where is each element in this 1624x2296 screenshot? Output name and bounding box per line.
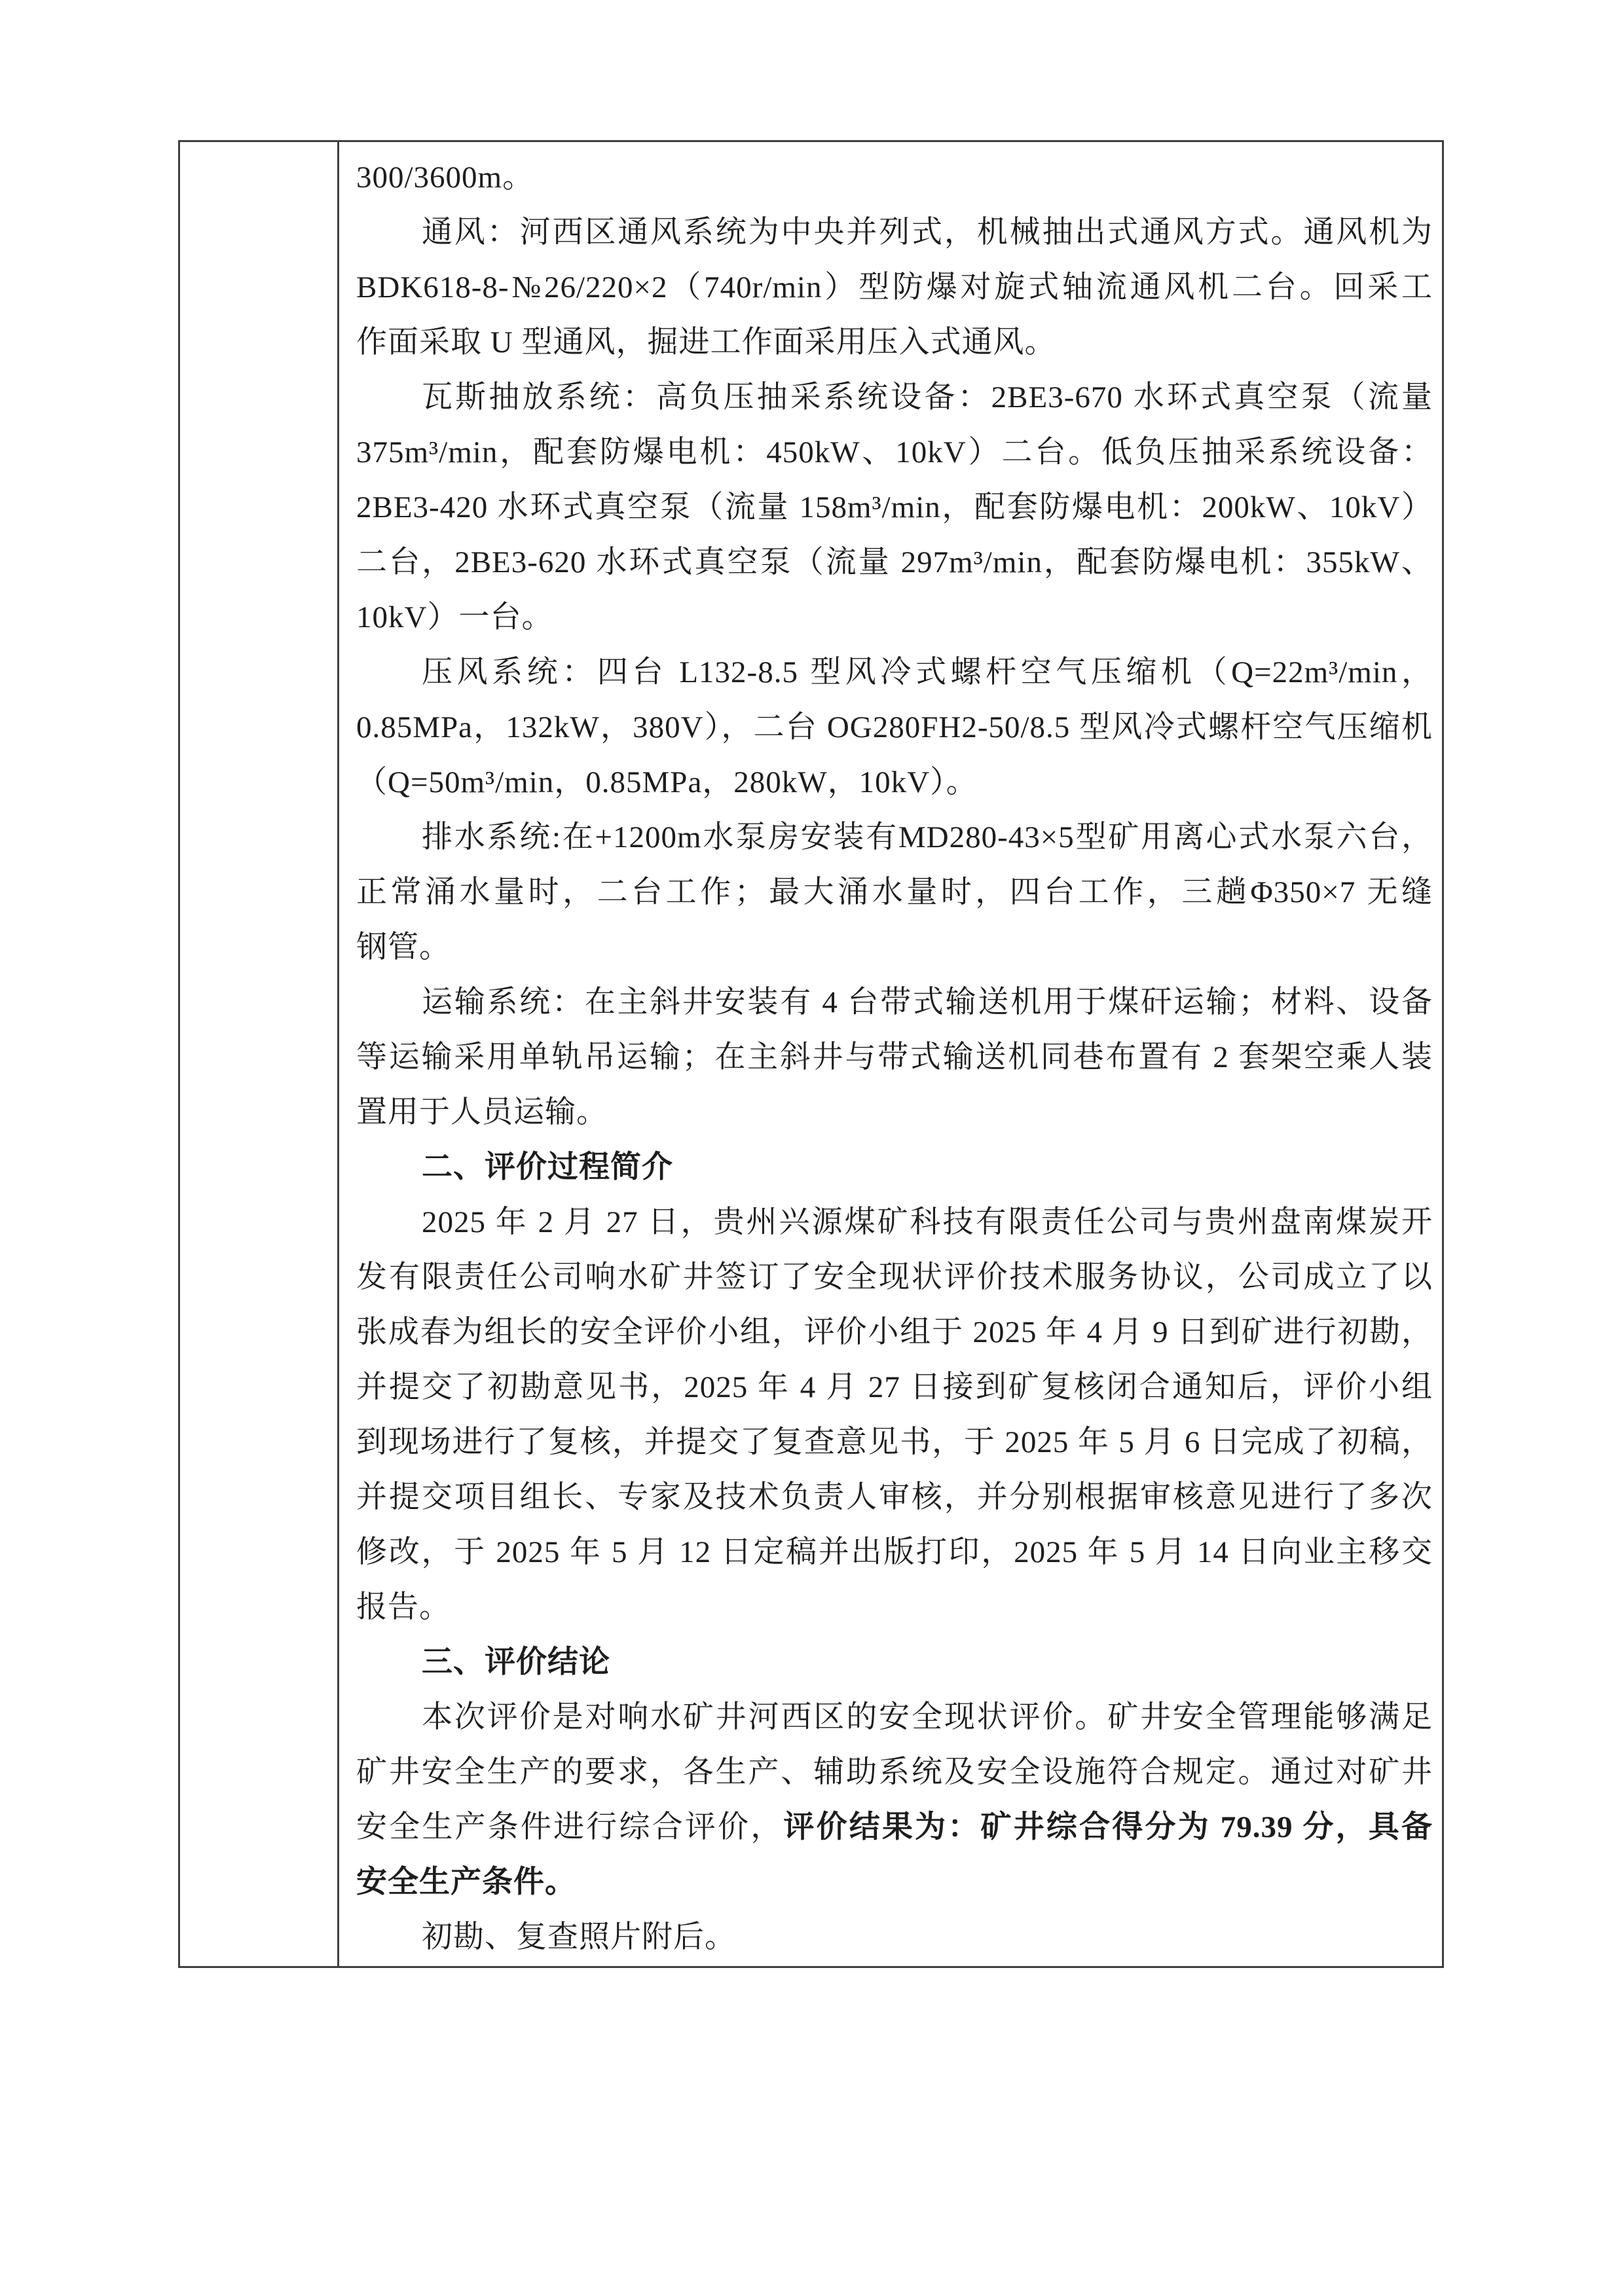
text-line: 压风系统：四台 L132-8.5 型风冷式螺杆空气压缩机（Q=22m³/min， (356, 645, 1433, 700)
text-segment: 300/3600m。 (356, 160, 534, 194)
text-segment: 钢管。 (356, 930, 451, 964)
text-line: 等运输采用单轨吊运输；在主斜井与带式输送机同巷布置有 2 套架空乘人装 (356, 1030, 1433, 1085)
scanned-document-page: { "page": { "background_color": "#ffffff… (0, 0, 1624, 2296)
text-segment: 修改，于 2025 年 5 月 12 日定稿并出版打印，2025 年 5 月 1… (356, 1535, 1433, 1569)
text-line: 10kV）一台。 (356, 590, 1433, 645)
text-line: 正常涌水量时，二台工作；最大涌水量时，四台工作，三趟Φ350×7 无缝 (356, 865, 1433, 920)
text-segment: 安全生产条件进行综合评价， (356, 1810, 783, 1844)
text-segment: BDK618-8-№26/220×2（740r/min）型防爆对旋式轴流通风机二… (356, 270, 1433, 304)
text-line: 2BE3-420 水环式真空泵（流量 158m³/min，配套防爆电机：200k… (356, 480, 1433, 535)
text-line: 作面采取 U 型通风，掘进工作面采用压入式通风。 (356, 315, 1433, 370)
text-segment: 正常涌水量时，二台工作；最大涌水量时，四台工作，三趟Φ350×7 无缝 (356, 875, 1433, 909)
table-left-cell (180, 142, 337, 1966)
text-line: 安全生产条件。 (356, 1855, 1433, 1910)
text-segment: （Q=50m³/min，0.85MPa，280kW，10kV）。 (356, 765, 978, 799)
text-line: 到现场进行了复核，并提交了复查意见书，于 2025 年 5 月 6 日完成了初稿… (356, 1415, 1433, 1470)
text-line: 0.85MPa，132kW，380V），二台 OG280FH2-50/8.5 型… (356, 700, 1433, 755)
text-segment: 通风：河西区通风系统为中央并列式，机械抽出式通风方式。通风机为 (422, 215, 1433, 249)
text-line: 置用于人员运输。 (356, 1085, 1433, 1140)
text-segment: 评价结果为：矿井综合得分为 79.39 分，具备 (783, 1810, 1433, 1844)
text-line: 发有限责任公司响水矿井签订了安全现状评价技术服务协议，公司成立了以 (356, 1250, 1433, 1305)
text-segment: 本次评价是对响水矿井河西区的安全现状评价。矿井安全管理能够满足 (422, 1700, 1433, 1734)
text-segment: 2025 年 2 月 27 日，贵州兴源煤矿科技有限责任公司与贵州盘南煤炭开 (422, 1205, 1433, 1239)
text-segment: 二、评价过程简介 (422, 1150, 673, 1184)
text-segment: 到现场进行了复核，并提交了复查意见书，于 2025 年 5 月 6 日完成了初稿… (356, 1425, 1433, 1459)
text-segment: 并提交项目组长、专家及技术负责人审核，并分别根据审核意见进行了多次 (356, 1480, 1433, 1514)
text-line: 安全生产条件进行综合评价，评价结果为：矿井综合得分为 79.39 分，具备 (356, 1800, 1433, 1855)
text-line: BDK618-8-№26/220×2（740r/min）型防爆对旋式轴流通风机二… (356, 260, 1433, 315)
text-line: 张成春为组长的安全评价小组，评价小组于 2025 年 4 月 9 日到矿进行初勘… (356, 1305, 1433, 1360)
text-line: 并提交项目组长、专家及技术负责人审核，并分别根据审核意见进行了多次 (356, 1470, 1433, 1525)
text-segment: 375m³/min，配套防爆电机：450kW、10kV）二台。低负压抽采系统设备… (356, 435, 1433, 469)
text-segment: 等运输采用单轨吊运输；在主斜井与带式输送机同巷布置有 2 套架空乘人装 (356, 1040, 1433, 1074)
text-segment: 初勘、复查照片附后。 (422, 1920, 736, 1954)
text-line: 报告。 (356, 1580, 1433, 1635)
text-segment: 压风系统：四台 L132-8.5 型风冷式螺杆空气压缩机（Q=22m³/min， (422, 655, 1433, 689)
text-segment: 排水系统:在+1200m水泵房安装有MD280-43×5型矿用离心式水泵六台， (422, 820, 1433, 854)
text-segment: 安全生产条件。 (356, 1865, 576, 1899)
text-line: 瓦斯抽放系统：高负压抽采系统设备：2BE3-670 水环式真空泵（流量 (356, 370, 1433, 425)
text-line: 钢管。 (356, 920, 1433, 975)
text-line: 运输系统：在主斜井安装有 4 台带式输送机用于煤矸运输；材料、设备 (356, 975, 1433, 1030)
section-heading: 二、评价过程简介 (356, 1140, 1433, 1195)
text-line: 二台，2BE3-620 水环式真空泵（流量 297m³/min，配套防爆电机：3… (356, 535, 1433, 590)
text-line: 本次评价是对响水矿井河西区的安全现状评价。矿井安全管理能够满足 (356, 1690, 1433, 1745)
text-line: 矿井安全生产的要求，各生产、辅助系统及安全设施符合规定。通过对矿井 (356, 1745, 1433, 1800)
report-table: 300/3600m。通风：河西区通风系统为中央并列式，机械抽出式通风方式。通风机… (178, 140, 1444, 1968)
text-segment: 运输系统：在主斜井安装有 4 台带式输送机用于煤矸运输；材料、设备 (422, 985, 1433, 1019)
text-segment: 并提交了初勘意见书，2025 年 4 月 27 日接到矿复核闭合通知后，评价小组 (356, 1370, 1433, 1404)
text-line: 修改，于 2025 年 5 月 12 日定稿并出版打印，2025 年 5 月 1… (356, 1525, 1433, 1580)
text-line: 375m³/min，配套防爆电机：450kW、10kV）二台。低负压抽采系统设备… (356, 425, 1433, 480)
text-segment: 作面采取 U 型通风，掘进工作面采用压入式通风。 (356, 325, 1056, 359)
text-line: 2025 年 2 月 27 日，贵州兴源煤矿科技有限责任公司与贵州盘南煤炭开 (356, 1195, 1433, 1250)
text-segment: 二台，2BE3-620 水环式真空泵（流量 297m³/min，配套防爆电机：3… (356, 545, 1433, 579)
text-segment: 矿井安全生产的要求，各生产、辅助系统及安全设施符合规定。通过对矿井 (356, 1755, 1433, 1789)
text-segment: 10kV）一台。 (356, 600, 553, 634)
content-cell: 300/3600m。通风：河西区通风系统为中央并列式，机械抽出式通风方式。通风机… (339, 142, 1442, 1966)
text-segment: 0.85MPa，132kW，380V），二台 OG280FH2-50/8.5 型… (356, 710, 1433, 744)
text-line: 排水系统:在+1200m水泵房安装有MD280-43×5型矿用离心式水泵六台， (356, 810, 1433, 865)
text-segment: 张成春为组长的安全评价小组，评价小组于 2025 年 4 月 9 日到矿进行初勘… (356, 1315, 1433, 1349)
text-segment: 瓦斯抽放系统：高负压抽采系统设备：2BE3-670 水环式真空泵（流量 (422, 380, 1433, 414)
text-line: 并提交了初勘意见书，2025 年 4 月 27 日接到矿复核闭合通知后，评价小组 (356, 1360, 1433, 1415)
text-line: 300/3600m。 (356, 150, 1433, 205)
text-line: 通风：河西区通风系统为中央并列式，机械抽出式通风方式。通风机为 (356, 205, 1433, 260)
text-segment: 报告。 (356, 1590, 451, 1624)
text-line: （Q=50m³/min，0.85MPa，280kW，10kV）。 (356, 755, 1433, 810)
text-segment: 三、评价结论 (422, 1645, 610, 1679)
text-segment: 2BE3-420 水环式真空泵（流量 158m³/min，配套防爆电机：200k… (356, 490, 1433, 524)
text-segment: 发有限责任公司响水矿井签订了安全现状评价技术服务协议，公司成立了以 (356, 1260, 1433, 1294)
section-heading: 三、评价结论 (356, 1635, 1433, 1690)
text-segment: 置用于人员运输。 (356, 1095, 608, 1129)
text-line: 初勘、复查照片附后。 (356, 1910, 1433, 1965)
